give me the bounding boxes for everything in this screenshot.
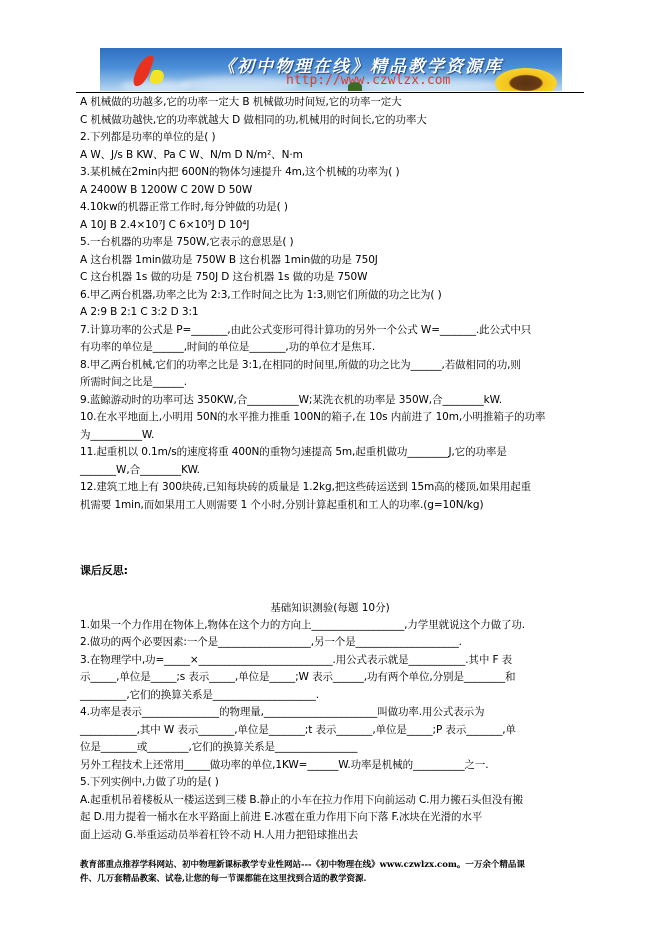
banner-url: http://www.czwlzx.com xyxy=(286,73,450,88)
text-line: 所需时间之比是______. xyxy=(80,376,187,389)
text-line: 面上运动 G.举重运动员举着杠铃不动 H.人用力把铅球推出去 xyxy=(80,829,358,842)
text-line: 位是_______或________,它们的换算关系是_____________… xyxy=(80,741,357,754)
text-line: 3.某机械在2min内把 600N的物体匀速提升 4m,这个机械的功率为( ) xyxy=(80,166,399,179)
text-line: 1.如果一个力作用在物体上,物体在这个力的方向上________________… xyxy=(80,619,525,632)
text-line: 4.功率是表示_______________的物理量,_____________… xyxy=(80,706,484,719)
text-line: 11.起重机以 0.1m/s的速度将重 400N的重物匀速提高 5m,起重机做功… xyxy=(80,446,507,459)
text-line: C 机械做功越快,它的功率就越大 D 做相同的功,机械用的时间长,它的功率大 xyxy=(80,114,427,127)
text-line: 12.建筑工地上有 300块砖,已知每块砖的质量是 1.2kg,把这些砖运送到 … xyxy=(80,481,531,494)
text-line: _________,它们的换算关系是____________________. xyxy=(80,689,319,702)
sunflower-icon xyxy=(495,68,557,91)
text-line: 3.在物理学中,功=_____×________________________… xyxy=(80,654,512,667)
quiz-title: 基础知识测验(每题 10分) xyxy=(80,600,580,615)
text-line: A 机械做的功越多,它的功率一定大 B 机械做功时间短,它的功率一定大 xyxy=(80,96,402,109)
text-line: A 2:9 B 2:1 C 3:2 D 3:1 xyxy=(80,306,198,319)
text-line: 4.10kw的机器正常工作时,每分钟做的功是( ) xyxy=(80,201,288,214)
text-line: C 这台机器 1s 做的功是 750J D 这台机器 1s 做的功是 750W xyxy=(80,271,367,284)
text-line: 示_____,单位是_____;s 表示_____,单位是_____;W 表示_… xyxy=(80,671,515,684)
leaf-icon xyxy=(348,82,362,91)
text-line: 有功率的单位是______,时间的单位是_______,功的单位才是焦耳. xyxy=(80,341,375,354)
text-line: 5.下列实例中,力做了功的是( ) xyxy=(80,776,219,789)
text-line: 6.甲乙两台机器,功率之比为 2:3,工作时间之比为 1:3,则它们所做的功之比… xyxy=(80,289,442,302)
text-line: 10.在水平地面上,小明用 50N的水平推力推重 100N的箱子,在 10s 内… xyxy=(80,411,545,424)
text-line: 起 D.用力提着一桶水在水平路面上前进 E.冰雹在重力作用下向下落 F.冰块在光… xyxy=(80,811,482,824)
text-line: 2.下列都是功率的单位的是( ) xyxy=(80,131,215,144)
text-line: 2.做功的两个必要因素:一个是__________________,另一个是__… xyxy=(80,636,462,649)
header-rule xyxy=(76,92,584,93)
text-line: 机需要 1min,而如果用工人则需要 1 个小时,分别计算起重机和工人的功率.(… xyxy=(80,499,483,512)
text-line: 为__________W. xyxy=(80,429,154,442)
text-line: A 2400W B 1200W C 20W D 50W xyxy=(80,184,252,197)
text-line: A.起重机吊着楼板从一楼运送到三楼 B.静止的小车在拉力作用下向前运动 C.用力… xyxy=(80,794,523,807)
footer-line-1: 教育部重点推荐学科网站、初中物理新课标教学专业性网站---《初中物理在线》www… xyxy=(80,858,525,870)
text-line: A W、J/s B KW、Pa C W、N/m D N/m²、N·m xyxy=(80,149,303,162)
text-line: _______W,合________KW. xyxy=(80,464,200,477)
text-line: A 10J B 2.4×10⁷J C 6×10⁵J D 10⁴J xyxy=(80,219,249,232)
footer-line-2: 件、几万套精品教案、试卷,让您的每一节课都能在这里找到合适的教学资源. xyxy=(80,872,366,884)
site-banner: 《初中物理在线》精品教学资源库 http://www.czwlzx.com xyxy=(100,48,562,91)
text-line: 另外工程技术上还常用_____做功率的单位,1KW=______W.功率是机械的… xyxy=(80,759,489,772)
text-line: ___________,其中 W 表示_______,单位是_______;t … xyxy=(80,724,516,737)
text-line: 7.计算功率的公式是 P=_______,由此公式变形可得计算功的另外一个公式 … xyxy=(80,324,531,337)
text-line: 9.蓝鲸游动时的功率可达 350KW,合__________W;某洗衣机的功率是… xyxy=(80,394,502,407)
text-line: 5.一台机器的功率是 750W,它表示的意思是( ) xyxy=(80,236,294,249)
text-line: A 这台机器 1min做功是 750W B 这台机器 1min做的功是 750J xyxy=(80,254,378,267)
text-line: 8.甲乙两台机械,它们的功率之比是 3:1,在相同的时间里,所做的功之比为___… xyxy=(80,359,521,372)
reflection-heading: 课后反思: xyxy=(80,564,128,577)
